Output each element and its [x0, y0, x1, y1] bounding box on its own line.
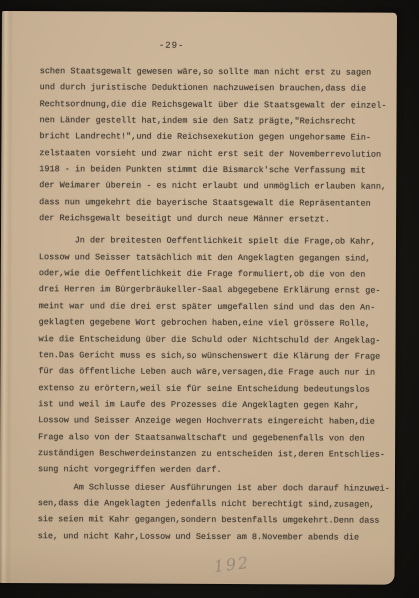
text-line: für das öffentliche Leben auch wäre,vers… — [38, 363, 390, 381]
text-line: sie, und nicht Kahr,Lossow und Seisser a… — [38, 528, 390, 546]
text-line: sie seien mit Kahr gegangen,sondern best… — [38, 511, 390, 529]
text-line: geklagten gegebene Wort gebrochen haben,… — [39, 314, 391, 332]
handwritten-page-number: 192 — [213, 553, 252, 576]
text-line: 1918 - in beiden Punkten stimmt die Bism… — [39, 161, 391, 179]
text-line: wie die Entscheidung über die Schuld ode… — [39, 331, 391, 349]
text-line: Jn der breitesten Oeffentlichkeit spielt… — [39, 233, 391, 251]
text-line: Frage also von der Staatsanwaltschaft un… — [38, 429, 390, 447]
text-line: dass nun umgekehrt die bayerische Staats… — [39, 194, 391, 212]
text-line: zelstaaten vorsieht und zwar nicht erst … — [39, 145, 391, 163]
text-line: drei Herren im Bürgerbräukeller-Saal abg… — [39, 282, 391, 300]
photo-background: -29- schen Staatsgewalt gewesen wäre,so … — [0, 0, 419, 598]
paragraph: Am Schlusse dieser Ausführungen ist aber… — [38, 479, 390, 546]
text-line: der Weimarer überein - es nicht erlaubt … — [39, 178, 391, 196]
text-line: sung nicht vorgegriffen werden darf. — [38, 461, 390, 479]
typewritten-text-block: schen Staatsgewalt gewesen wäre,so sollt… — [38, 63, 392, 546]
text-line: bricht Landrecht!",und die Reichsexekuti… — [39, 129, 391, 147]
text-line: der Reichsgewalt beseitigt und durch neu… — [39, 210, 391, 228]
page-number: -29- — [159, 41, 185, 51]
text-line: ist und weil im Laufe des Prozesses die … — [38, 396, 390, 414]
text-line: zuständigen Beschwerdeinstanzen zu entsc… — [38, 445, 390, 463]
text-line: Rechtsordnung,die die Reichsgewalt über … — [40, 96, 392, 114]
paragraph: schen Staatsgewalt gewesen wäre,so sollt… — [39, 63, 392, 228]
text-line: schen Staatsgewalt gewesen wäre,so sollt… — [40, 63, 392, 81]
document-page: -29- schen Staatsgewalt gewesen wäre,so … — [0, 11, 397, 585]
text-line: Lossow und Seisser tatsächlich mit den A… — [39, 249, 391, 267]
text-line: nen Länder gestellt hat,indem sie den Sa… — [39, 112, 391, 130]
text-line: sen,dass die Angeklagten jedenfalls nich… — [38, 495, 390, 513]
paragraph: Jn der breitesten Oeffentlichkeit spielt… — [38, 233, 391, 480]
text-line: Lossow und Seisser Anzeige wegen Hochver… — [38, 412, 390, 430]
text-line: oder,wie die Oeffentlichkeit die Frage f… — [39, 265, 391, 283]
text-line: meint war und die drei erst später umgef… — [39, 298, 391, 316]
text-line: und durch juristische Deduktionen nachzu… — [40, 80, 392, 98]
text-line: ten.Das Gericht muss es sich,so wünschen… — [38, 347, 390, 365]
text-line: extenso zu erörtern,weil sie für seine E… — [38, 380, 390, 398]
text-line: Am Schlusse dieser Ausführungen ist aber… — [38, 479, 390, 497]
